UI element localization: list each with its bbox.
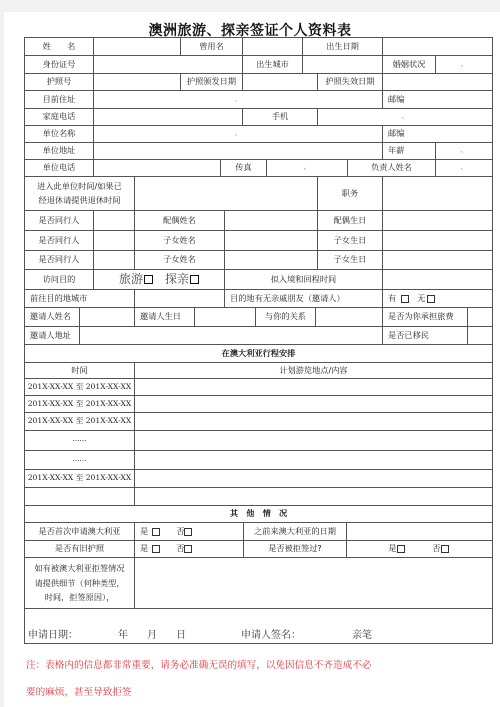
label-refusal-line2: 请提供细节（何种类型， <box>34 576 124 590</box>
itinerary-plan-2[interactable] <box>134 395 493 413</box>
mobile-field[interactable]: 、 <box>317 108 493 126</box>
label-inviter-name: 邀请人姓名 <box>24 307 80 327</box>
label-has-relatives: 目的地有无亲戚朋友（邀请人） <box>224 289 383 308</box>
old-passport-no-checkbox[interactable] <box>184 545 192 553</box>
itinerary-plan-1[interactable] <box>134 378 493 396</box>
field-mark-icon: 、 <box>235 93 242 106</box>
label-visit-purpose: 访问目的 <box>24 269 94 290</box>
itinerary-plan-5[interactable] <box>134 450 493 470</box>
no-label: 无 <box>417 291 425 307</box>
first-application-options: 是 否 <box>134 522 244 541</box>
first-app-no-checkbox[interactable] <box>184 528 192 536</box>
child-birth-1-field[interactable] <box>382 230 493 251</box>
itinerary-time-2: 201X-XX-XX 至 201X-XX-XX <box>24 395 135 413</box>
marital-status-field[interactable]: 、 <box>435 55 493 74</box>
itinerary-time-7[interactable] <box>24 487 135 506</box>
label-home-phone: 家庭电话 <box>24 108 94 126</box>
label-employer-phone: 单位电话 <box>24 159 94 177</box>
label-spouse-name: 配偶姓名 <box>134 210 225 231</box>
employer-phone-field[interactable] <box>93 159 221 177</box>
option-tourism-label: 旅游 <box>119 268 143 291</box>
label-immigrated: 是否已移民 <box>382 326 468 345</box>
label-handwritten: 亲笔 <box>352 626 372 641</box>
child-name-2-field[interactable] <box>224 250 318 270</box>
refusal-details-field[interactable] <box>134 557 493 609</box>
yes-label: 是 <box>388 541 396 557</box>
home-phone-field[interactable] <box>93 108 243 126</box>
field-mark-icon: 、 <box>235 127 242 140</box>
yes-label: 有 <box>388 291 396 307</box>
label-marital-status: 婚姻状况 <box>382 55 436 74</box>
former-name-field[interactable] <box>242 37 303 56</box>
previous-visit-date-field[interactable] <box>346 522 493 541</box>
field-mark-icon: 、 <box>461 144 468 157</box>
label-name: 姓 名 <box>24 37 94 56</box>
itinerary-plan-4[interactable] <box>134 430 493 451</box>
birth-city-field[interactable] <box>302 55 383 74</box>
manager-name-field[interactable]: 、 <box>435 159 493 177</box>
label-child-name-1: 子女姓名 <box>134 230 225 251</box>
label-inviter-birth: 邀请人生日 <box>134 307 195 327</box>
join-time-field[interactable] <box>134 176 318 211</box>
itinerary-plan-3[interactable] <box>134 412 493 431</box>
label-passport-expiry: 护照失效日期 <box>317 73 383 91</box>
label-passport-issue: 护照颁发日期 <box>180 73 243 91</box>
bears-cost-field[interactable] <box>467 307 493 327</box>
no-label: 否 <box>176 541 184 557</box>
has-relatives-options: 有 无 <box>382 289 493 308</box>
label-entry-return: 拟入境和回程时间 <box>224 269 383 290</box>
option-family-label: 探亲 <box>165 268 189 291</box>
name-field[interactable] <box>93 37 181 56</box>
refused-no-checkbox[interactable] <box>441 545 449 553</box>
relationship-field[interactable] <box>315 307 383 327</box>
companion-3-field[interactable] <box>93 250 135 270</box>
family-checkbox[interactable] <box>190 275 199 284</box>
label-day: 日 <box>176 626 186 641</box>
field-mark-icon: 、 <box>304 161 311 174</box>
yes-checkbox[interactable] <box>401 295 409 303</box>
label-inviter-address: 邀请人地址 <box>24 326 80 345</box>
passport-no-field[interactable] <box>93 73 181 91</box>
label-birth-date: 出生日期 <box>302 37 383 56</box>
label-birth-city: 出生城市 <box>242 55 303 74</box>
label-month: 月 <box>147 626 157 641</box>
label-refusal-details: 如有被澳大利亚拒签情况 请提供细节（何种类型， 时间，拒签原因）， <box>24 557 135 609</box>
label-first-application: 是否首次申请澳大利亚 <box>24 522 135 541</box>
no-checkbox[interactable] <box>427 295 435 303</box>
field-mark-icon: 、 <box>461 58 468 71</box>
label-annual-salary: 年薪 <box>382 142 436 160</box>
no-label: 否 <box>176 524 184 540</box>
entry-return-field[interactable] <box>382 269 493 290</box>
label-refused: 是否被拒签过? <box>243 540 347 558</box>
field-mark-icon: 、 <box>461 161 468 174</box>
old-passport-yes-checkbox[interactable] <box>152 545 160 553</box>
immigrated-field[interactable] <box>467 326 493 345</box>
label-manager-name: 负责人姓名 <box>347 159 436 177</box>
position-field[interactable] <box>382 176 493 211</box>
fax-field[interactable]: 、 <box>266 159 348 177</box>
label-applicant-signature: 申请人签名： <box>241 626 301 641</box>
itinerary-time-4: …… <box>24 430 135 451</box>
label-employer-postcode: 邮编 <box>382 125 493 143</box>
itinerary-time-5: …… <box>24 450 135 470</box>
child-name-1-field[interactable] <box>224 230 318 251</box>
tourism-checkbox[interactable] <box>144 275 153 284</box>
label-companion-1: 是否同行人 <box>24 210 94 231</box>
itinerary-col-time: 时间 <box>24 362 135 379</box>
itinerary-time-6: 201X-XX-XX 至 201X-XX-XX <box>24 469 135 488</box>
other-section-title: 其 他 情 况 <box>24 505 493 523</box>
passport-expiry-field[interactable] <box>382 73 493 91</box>
inviter-name-field[interactable] <box>79 307 135 327</box>
spouse-birth-field[interactable] <box>382 210 493 231</box>
itinerary-section-title: 在澳大利亚行程安排 <box>24 344 493 363</box>
label-companion-2: 是否同行人 <box>24 230 94 251</box>
label-previous-visit-date: 之前来澳大利亚的日期 <box>243 522 347 541</box>
label-refusal-line1: 如有被澳大利亚拒签情况 <box>34 561 124 575</box>
itinerary-col-plan: 计划游览地点/内容 <box>134 362 493 379</box>
label-old-passport: 是否有旧护照 <box>24 540 135 558</box>
field-mark-icon: 、 <box>402 110 409 123</box>
label-former-name: 曾用名 <box>180 37 243 56</box>
employer-field[interactable]: 、 <box>93 125 383 143</box>
note-line-1: 注：表格内的信息都非常重要，请务必准确无误的填写，以免因信息不齐造成不必 <box>26 657 371 671</box>
label-mobile: 手机 <box>242 108 318 126</box>
label-year: 年 <box>118 626 128 641</box>
companion-1-field[interactable] <box>93 210 135 231</box>
label-employer: 单位名称 <box>24 125 94 143</box>
label-refusal-line3: 时间，拒签原因）， <box>45 590 115 604</box>
label-bears-cost: 是否为你承担旅费 <box>382 307 468 327</box>
refused-options: 是 否 <box>346 540 493 558</box>
label-destination-city: 前往目的地城市 <box>24 289 135 308</box>
inviter-birth-field[interactable] <box>194 307 256 327</box>
label-current-address: 目前住址 <box>24 90 94 109</box>
label-child-birth-1: 子女生日 <box>317 230 383 251</box>
annual-salary-field[interactable]: 、 <box>435 142 493 160</box>
refused-yes-checkbox[interactable] <box>397 545 405 553</box>
yes-label: 是 <box>140 524 148 540</box>
label-id-number: 身份证号 <box>24 55 94 74</box>
note-line-2: 要的麻烦，甚至导致拒签 <box>26 684 132 698</box>
label-child-birth-2: 子女生日 <box>317 250 383 270</box>
child-birth-2-field[interactable] <box>382 250 493 270</box>
itinerary-plan-6[interactable] <box>134 469 493 488</box>
label-passport-no: 护照号 <box>24 73 94 91</box>
yes-label: 是 <box>140 541 148 557</box>
itinerary-time-3: 201X-XX-XX 至 201X-XX-XX <box>24 412 135 431</box>
companion-2-field[interactable] <box>93 230 135 251</box>
id-number-field[interactable] <box>93 55 243 74</box>
label-application-date: 申请日期： <box>28 626 78 641</box>
visit-purpose-options: 旅游 探亲 <box>93 269 225 290</box>
employer-address-field[interactable] <box>93 142 383 160</box>
label-postcode: 邮编 <box>382 90 493 109</box>
label-join-time: 进入此单位时间/如果已 经退休请提供退休时间 <box>24 176 135 211</box>
itinerary-plan-7[interactable] <box>134 487 493 506</box>
label-relationship: 与你的关系 <box>255 307 316 327</box>
label-spouse-birth: 配偶生日 <box>317 210 383 231</box>
label-employer-address: 单位地址 <box>24 142 94 160</box>
label-position: 职务 <box>317 176 383 211</box>
old-passport-options: 是 否 <box>134 540 244 558</box>
passport-issue-field[interactable] <box>242 73 318 91</box>
label-join-time-line1: 进入此单位时间/如果已 <box>37 180 122 193</box>
inviter-address-field[interactable] <box>79 326 383 345</box>
label-join-time-line2: 经退休请提供退休时间 <box>39 194 121 207</box>
label-child-name-2: 子女姓名 <box>134 250 225 270</box>
spouse-name-field[interactable] <box>224 210 318 231</box>
destination-city-field[interactable] <box>134 289 225 308</box>
birth-date-field[interactable] <box>382 37 493 56</box>
label-companion-3: 是否同行人 <box>24 250 94 270</box>
current-address-field[interactable]: 、 <box>93 90 383 109</box>
itinerary-time-1: 201X-XX-XX 至 201X-XX-XX <box>24 378 135 396</box>
no-label: 否 <box>433 541 441 557</box>
label-fax: 传真 <box>220 159 267 177</box>
first-app-yes-checkbox[interactable] <box>152 528 160 536</box>
